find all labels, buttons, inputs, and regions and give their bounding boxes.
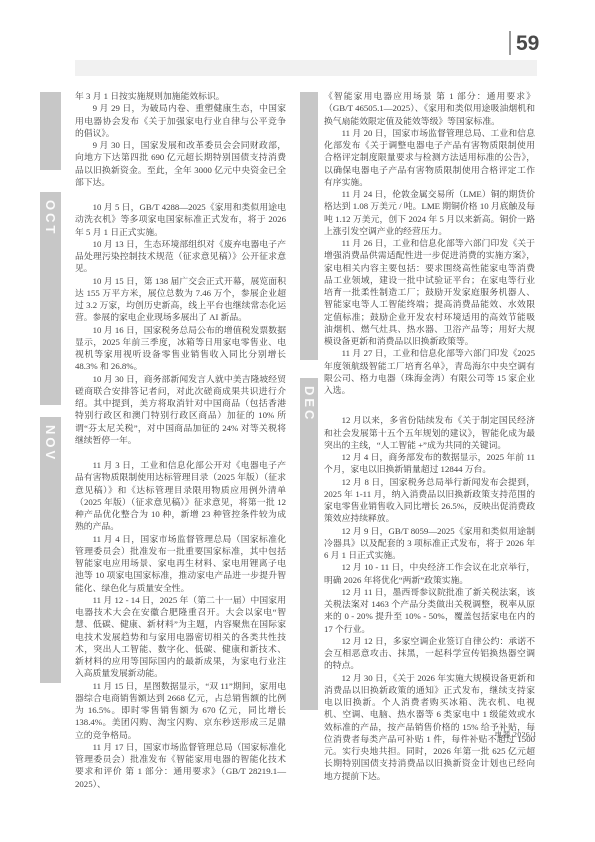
section-december: 12 月以来，多省份陆续发布《关于制定国民经济和社会发展第十五个五年规划的建议》…: [324, 414, 535, 782]
month-label-nov: NOV: [44, 425, 57, 462]
timeline-entry: 12 月 9 日，GB/T 8059—2025《家用和类似用途制冷器具》以及配套…: [324, 525, 535, 562]
month-bar-september-tail: [40, 92, 61, 170]
timeline-entry: 12 月 8 日，国家税务总局举行新闻发布会提到，2025 年 1-11 月，纳…: [324, 476, 535, 525]
timeline-entry: 12 月 4 日，商务部发布的数据显示，2025 年前 11 个月，家电以旧换新…: [324, 451, 535, 476]
month-bar-october: OCT: [40, 192, 61, 405]
timeline-entry: 11 月 15 日，星图数据显示，“双 11”期间，家用电器综合电商销售额达到 …: [75, 680, 286, 741]
section-september: 年 3 月 1 日按实施规则加施能效标识。 9 月 29 日，为破局内卷、重塑健…: [75, 90, 286, 188]
timeline-entry: 《智能家用电器应用场景 第 1 部分：通用要求》（GB/T 46505.1—20…: [324, 90, 535, 127]
section-october: 10 月 5 日，GB/T 4288—2025《家用和类似用途电动洗衣机》等多项…: [75, 201, 286, 446]
page-footer: 电器 2026/1: [400, 729, 537, 740]
magazine-page: 59 OCT NOV DEC 年 3 月 1 日按实施规则加施能效标识。 9 月…: [0, 0, 595, 842]
timeline-entry: 12 月 10 - 11 日，中央经济工作会议在北京举行，明确 2026 年将优…: [324, 561, 535, 586]
month-label-oct: OCT: [44, 200, 57, 236]
page-number: 59: [516, 33, 539, 54]
month-bar-november: NOV: [40, 417, 61, 683]
month-bar-december: DEC: [300, 378, 318, 710]
section-november: 11 月 3 日，工业和信息化部公开对《电器电子产品有害物质限制使用达标管理目录…: [75, 459, 286, 790]
header-shade-band: [75, 60, 537, 76]
timeline-entry: 11 月 17 日，国家市场监督管理总局（国家标准化管理委员会）批准发布《智能家…: [75, 741, 286, 790]
timeline-entry: 11 月 12 - 14 日，2025 年（第二十一届）中国家用电器技术大会在安…: [75, 594, 286, 680]
timeline-entry: 10 月 16 日，国家税务总局公布的增值税发票数据显示，2025 年前三季度，…: [75, 324, 286, 373]
month-label-dec: DEC: [303, 386, 316, 422]
month-bar-november-continued: [300, 92, 318, 360]
timeline-entry: 11 月 26 日，工业和信息化部等六部门印发《关于增强消费品供需适配性进一步促…: [324, 237, 535, 347]
timeline-entry: 11 月 24 日，伦敦金属交易所（LME）铜的期货价格达到 1.08 万美元 …: [324, 188, 535, 237]
timeline-entry: 年 3 月 1 日按实施规则加施能效标识。: [75, 90, 286, 102]
section-november-continued: 《智能家用电器应用场景 第 1 部分：通用要求》（GB/T 46505.1—20…: [324, 90, 535, 396]
timeline-entry: 10 月 30 日，商务部新闻发言人就中美吉隆坡经贸磋商联合安排答记者问，对此次…: [75, 373, 286, 447]
timeline-entry: 10 月 13 日，生态环境部组织对《废弃电器电子产品处理污染控制技术规范（征求…: [75, 238, 286, 275]
timeline-entry: 11 月 20 日，国家市场监督管理总局、工业和信息化部发布《关于调整电器电子产…: [324, 127, 535, 188]
column-left: 年 3 月 1 日按实施规则加施能效标识。 9 月 29 日，为破局内卷、重塑健…: [75, 90, 286, 790]
timeline-entry: 12 月以来，多省份陆续发布《关于制定国民经济和社会发展第十五个五年规划的建议》…: [324, 414, 535, 451]
timeline-entry: 10 月 15 日，第 138 届广交会正式开幕，展览面积达 155 万平方米，…: [75, 275, 286, 324]
timeline-entry: 11 月 3 日，工业和信息化部公开对《电器电子产品有害物质限制使用达标管理目录…: [75, 459, 286, 533]
timeline-entry: 9 月 30 日，国家发展和改革委员会会同财政部，向地方下达第四批 690 亿元…: [75, 139, 286, 188]
column-right: 《智能家用电器应用场景 第 1 部分：通用要求》（GB/T 46505.1—20…: [324, 90, 535, 782]
timeline-entry: 11 月 27 日，工业和信息化部等六部门印发《2025 年度领航级智能工厂培育…: [324, 347, 535, 396]
timeline-entry: 12 月 30 日，《关于 2026 年实施大规模设备更新和消费品以旧换新政策的…: [324, 672, 535, 782]
timeline-entry: 10 月 5 日，GB/T 4288—2025《家用和类似用途电动洗衣机》等多项…: [75, 201, 286, 238]
timeline-entry: 12 月 11 日，墨西哥参议院批准了新关税法案，该关税法案对 1463 个产品…: [324, 586, 535, 635]
timeline-entry: 12 月 12 日，多家空调企业签订自律公约：承诺不会互相恶意攻击、抹黑，一起科…: [324, 635, 535, 672]
timeline-entry: 11 月 4 日，国家市场监督管理总局（国家标准化管理委员会）批准发布一批重要国…: [75, 533, 286, 594]
timeline-entry: 9 月 29 日，为破局内卷、重塑健康生态，中国家用电器协会发布《关于加强家电行…: [75, 102, 286, 139]
page-number-block: 59: [509, 31, 539, 55]
page-number-divider: [509, 31, 511, 55]
